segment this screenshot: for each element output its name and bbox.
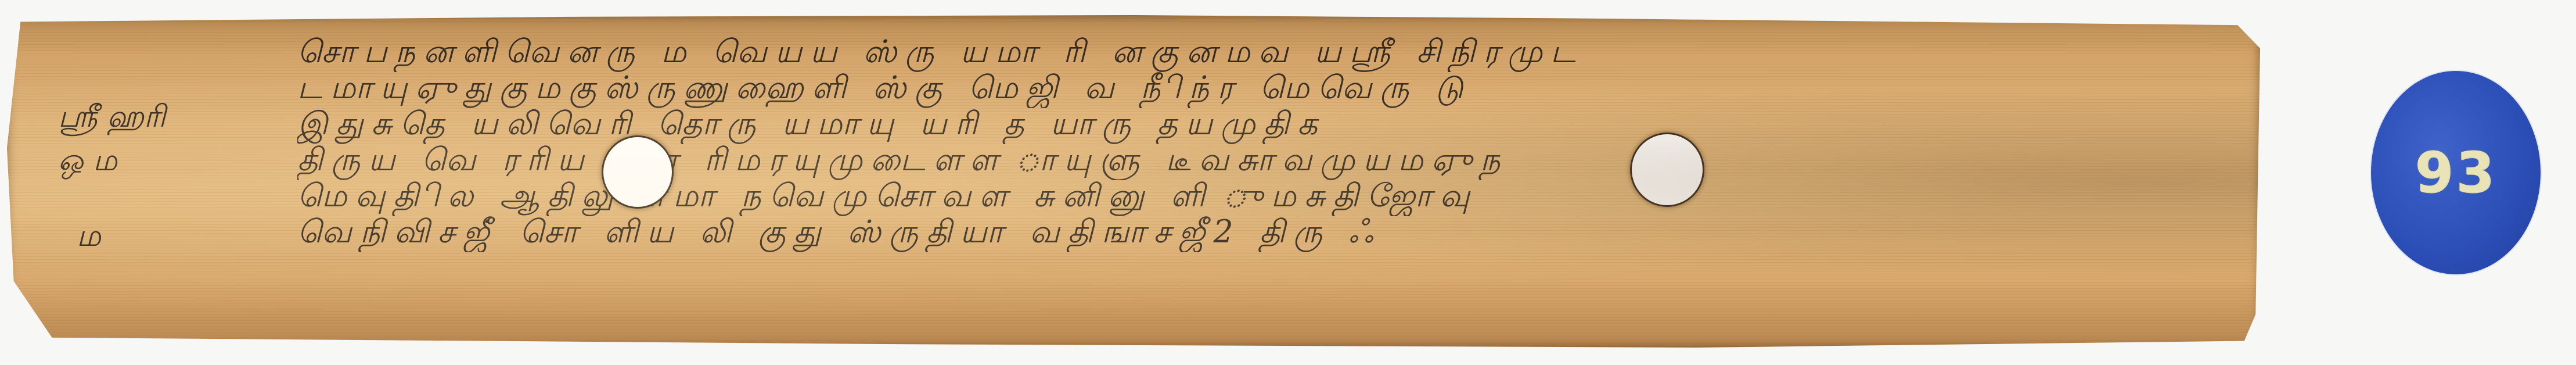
string-hole-left bbox=[603, 137, 672, 207]
margin-note-2: ஒ ம bbox=[58, 143, 117, 182]
manuscript-line-2: டமாயுஏுதுகுமகுஸ்ருணுஹைளி ஸ்கு மெஜி வ நீி… bbox=[297, 67, 2237, 108]
manuscript-line-6: வெநிவிசஜீ் சொ ளிய லி குது ஸ்ருதியா வதிஙா… bbox=[297, 212, 2237, 252]
tag-number: 93 bbox=[2415, 140, 2497, 205]
manuscript-line-4: திருய வெ ரரிய யொ ரிமரயுமுடைளள ாயுளு டீவச… bbox=[297, 139, 2237, 180]
margin-note-3: ம bbox=[77, 219, 101, 257]
manuscript-line-3: இதுசுதெ யலிவெரி தொரு யமாயு யரி த யாரு தய… bbox=[297, 103, 2237, 144]
catalogue-number-tag: 93 bbox=[2371, 71, 2541, 274]
manuscript-line-5: மெவுதிில ஆதிலுயாமா நவெமுசொவள சுனினு ளி ு… bbox=[297, 176, 2237, 216]
string-hole-right bbox=[1632, 134, 1703, 205]
manuscript-line-1: சொபநனளிவெனரு ம வெயய ஸ்ரு யமா ரி னகுனமவ ய… bbox=[297, 31, 2237, 72]
margin-note-1: ஸ்ரீ ஹரி bbox=[58, 99, 166, 138]
palm-leaf-manuscript: ஸ்ரீ ஹரி ஒ ம ம சொபநனளிவெனரு ம வெயய ஸ்ரு … bbox=[7, 15, 2260, 348]
